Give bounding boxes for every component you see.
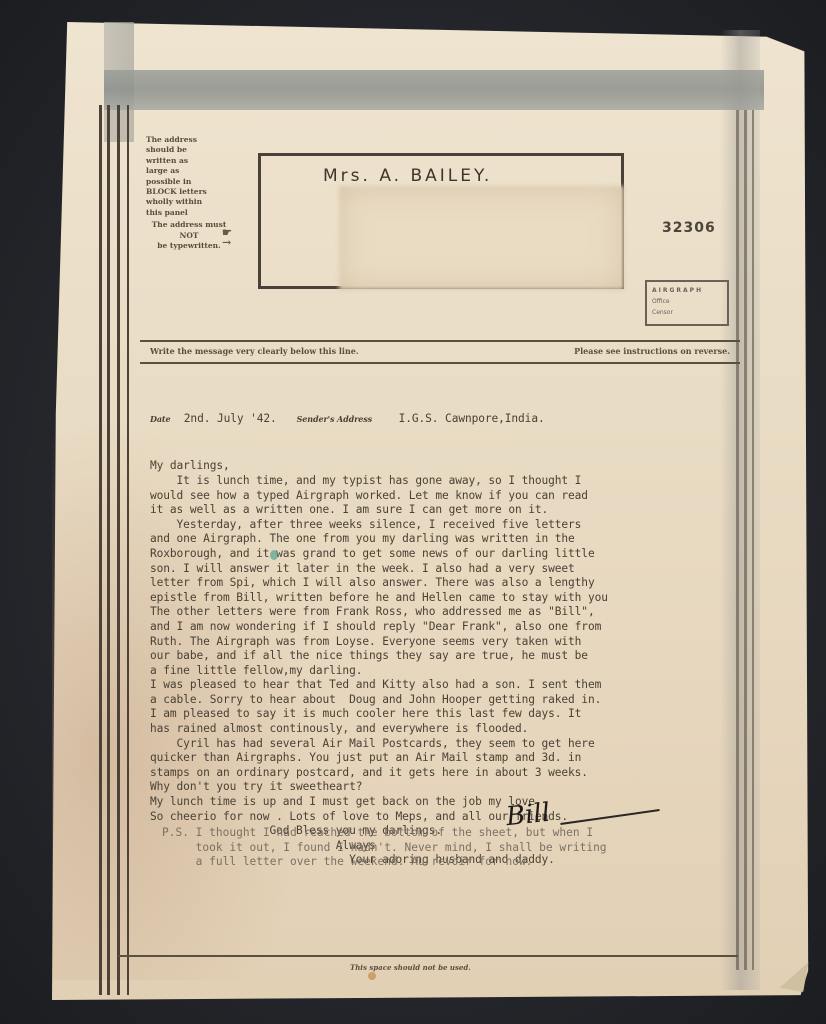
instruction-line: should be bbox=[146, 145, 232, 155]
address-panel: Mrs. A. BAILEY. bbox=[258, 153, 624, 289]
sender-address: I.G.S. Cawnpore,India. bbox=[399, 412, 545, 425]
instruction-line: possible in bbox=[146, 177, 232, 187]
message-instruction-row: Write the message very clearly below thi… bbox=[150, 346, 730, 356]
airgraph-stamp: AIRGRAPH Office Censor bbox=[645, 280, 729, 326]
letter-text: My darlings, It is lunch time, and my ty… bbox=[150, 459, 740, 868]
letter-line: Why don't you try it sweetheart? bbox=[150, 780, 740, 795]
date-label: Date bbox=[150, 414, 171, 424]
curled-corner bbox=[780, 958, 809, 992]
letter-line: our babe, and if all the nice things the… bbox=[150, 649, 740, 664]
letter-line: Cyril has had several Air Mail Postcards… bbox=[150, 737, 740, 752]
letter-line: My darlings, bbox=[150, 459, 740, 474]
stain bbox=[368, 972, 376, 980]
letter-line: My lunch time is up and I must get back … bbox=[150, 795, 740, 810]
letter-line: The other letters were from Frank Ross, … bbox=[150, 605, 740, 620]
postscript-line: took it out, I found I hadn't. Never min… bbox=[162, 841, 742, 856]
letter-line: Yesterday, after three weeks silence, I … bbox=[150, 518, 740, 533]
letter-line: stamps on an ordinary postcard, and it g… bbox=[150, 766, 740, 781]
letter-line: would see how a typed Airgraph worked. L… bbox=[150, 489, 740, 504]
postscript: P.S. I thought I had reached the bottom … bbox=[162, 826, 742, 870]
letter-line: and one Airgraph. The one from you my da… bbox=[150, 532, 740, 547]
letter-line: Roxborough, and it was grand to get some… bbox=[150, 547, 740, 562]
instruction-line: BLOCK letters bbox=[146, 187, 232, 197]
letter-line: epistle from Bill, written before he and… bbox=[150, 591, 740, 606]
notice-line: be typewritten. bbox=[146, 241, 232, 251]
divider-footer bbox=[118, 955, 738, 957]
write-instruction: Write the message very clearly below thi… bbox=[150, 346, 359, 356]
redacted-address bbox=[339, 186, 624, 290]
postscript-line: a full letter over the weekend. Au revoi… bbox=[162, 855, 742, 870]
letter-line: it as well as a written one. I am sure I… bbox=[150, 503, 740, 518]
letter-line: I am pleased to say it is much cooler he… bbox=[150, 707, 740, 722]
border-stripes-left bbox=[95, 105, 135, 995]
letter-line: son. I will answer it later in the week.… bbox=[150, 562, 740, 577]
instruction-line: wholly within bbox=[146, 197, 232, 207]
letter-line: Ruth. The Airgraph was from Loyse. Every… bbox=[150, 635, 740, 650]
letter-line: quicker than Airgraphs. You just put an … bbox=[150, 751, 740, 766]
tape-strip-top bbox=[104, 70, 764, 110]
footer-note: This space should not be used. bbox=[350, 963, 471, 972]
notice-line: The address must bbox=[146, 220, 232, 230]
ink-smudge bbox=[270, 550, 278, 560]
postscript-line: P.S. I thought I had reached the bottom … bbox=[162, 826, 742, 841]
serial-number: 32306 bbox=[662, 220, 716, 236]
instruction-line: written as bbox=[146, 156, 232, 166]
instruction-line: large as bbox=[146, 166, 232, 176]
notice-line: NOT bbox=[146, 231, 232, 241]
letter-date: 2nd. July '42. bbox=[184, 412, 277, 425]
instruction-line: The address bbox=[146, 135, 232, 145]
letter-line: a fine little fellow,my darling. bbox=[150, 664, 740, 679]
letter-line: It is lunch time, and my typist has gone… bbox=[150, 474, 740, 489]
instruction-line: this panel bbox=[146, 208, 232, 218]
reverse-instruction: Please see instructions on reverse. bbox=[574, 346, 730, 356]
sender-address-label: Sender's Address bbox=[297, 414, 372, 424]
pointing-hand-arrow-icon: ☛→ bbox=[222, 228, 232, 249]
address-instructions: The addressshould bewritten aslarge aspo… bbox=[146, 135, 232, 251]
divider-bottom bbox=[140, 362, 740, 364]
letter-line: letter from Spi, which I will also answe… bbox=[150, 576, 740, 591]
recipient-name: Mrs. A. BAILEY. bbox=[323, 166, 492, 186]
letter-line: has rained almost continously, and every… bbox=[150, 722, 740, 737]
letter-header: Date 2nd. July '42. Sender's Address I.G… bbox=[150, 412, 740, 430]
letter-line: I was pleased to hear that Ted and Kitty… bbox=[150, 678, 740, 693]
letter-body: Date 2nd. July '42. Sender's Address I.G… bbox=[150, 383, 740, 883]
divider-top bbox=[140, 340, 740, 342]
letter-line: and I am now wondering if I should reply… bbox=[150, 620, 740, 635]
letter-line: a cable. Sorry to hear about Doug and Jo… bbox=[150, 693, 740, 708]
